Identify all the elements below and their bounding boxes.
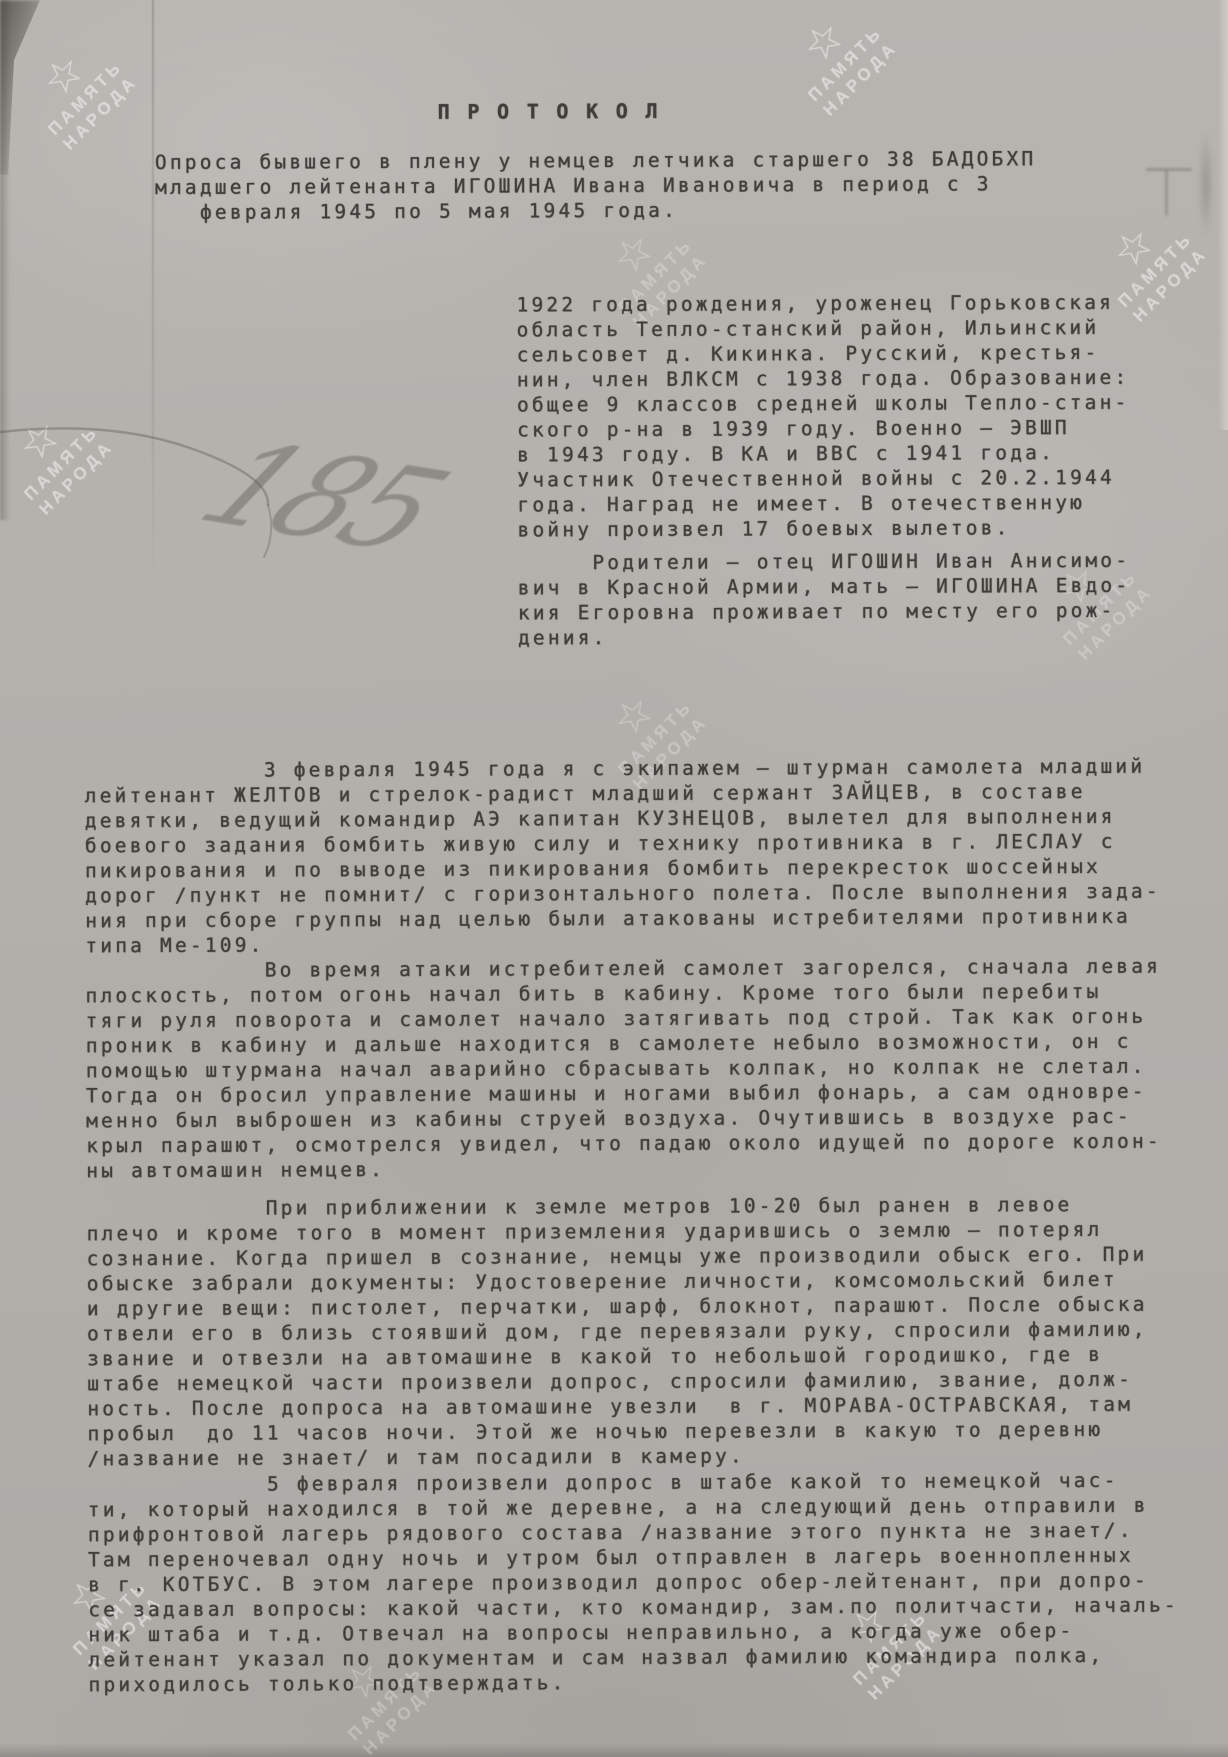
- body-paragraph-4: 5 февраля произвели допрос в штабе какой…: [88, 1467, 1224, 1697]
- parents-block: Родители — отец ИГОШИН Иван Анисимо- вич…: [518, 548, 1168, 651]
- body-paragraph-1: 3 февраля 1945 года я с экипажем — штурм…: [84, 753, 1220, 958]
- body-paragraph-2: Во время атаки истребителей самолет заго…: [85, 953, 1221, 1183]
- body-paragraph-3: При приближении к земле метров 10-20 был…: [86, 1191, 1222, 1471]
- document-text-layer: П Р О Т О К О Л Опроса бывшего в плену у…: [0, 0, 1228, 1757]
- scanned-document-page: ☆ ПАМЯТЬ НАРОДА ☆ ПАМЯТЬ НАРОДА ☆ ПАМЯТЬ…: [0, 0, 1228, 1757]
- document-title: П Р О Т О К О Л: [438, 99, 661, 124]
- intro-paragraph: Опроса бывшего в плену у немцев летчика …: [155, 146, 1075, 225]
- biography-block: 1922 года рождения, уроженец Горьковская…: [516, 290, 1167, 543]
